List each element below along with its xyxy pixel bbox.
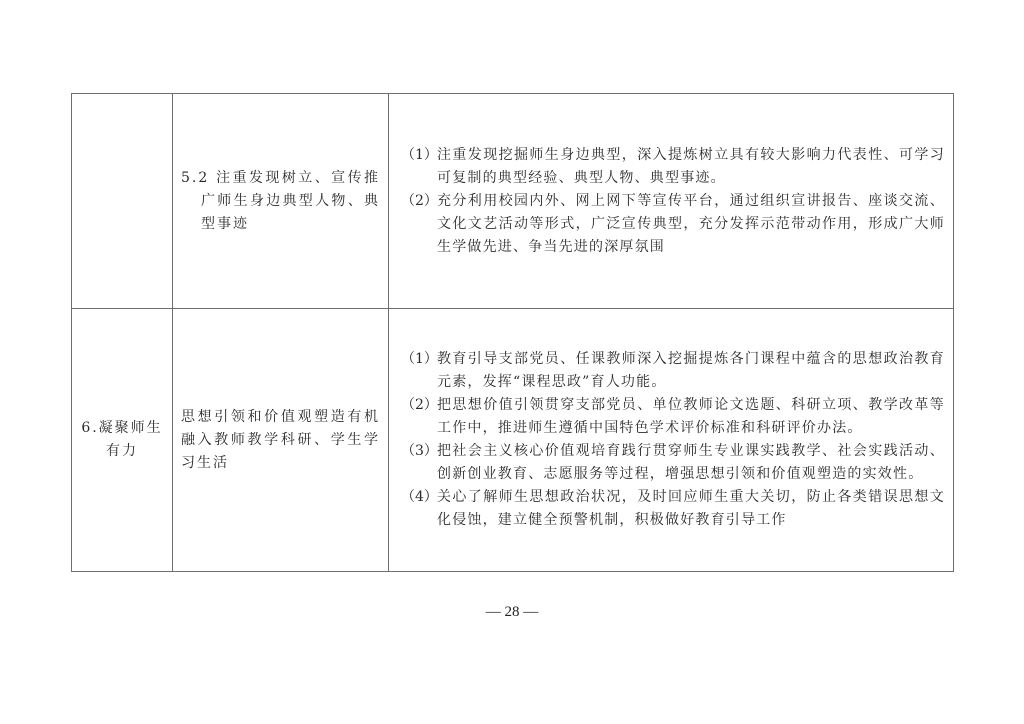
table-row: 6.凝聚师生有力 思想引领和价值观塑造有机融入教师教学科研、学生学习生活 （1）…	[72, 309, 954, 572]
requirement-text: 把社会主义核心价值观培育践行贯穿师生专业课实践教学、社会实践活动、创新创业教育、…	[437, 440, 945, 486]
category-cell	[72, 94, 173, 309]
requirement-number: （4）	[401, 486, 437, 532]
requirement-item: （2） 充分利用校园内外、网上网下等宣传平台，通过组织宣讲报告、座谈交流、文化文…	[401, 190, 945, 259]
requirements-cell: （1） 教育引导支部党员、任课教师深入挖掘提炼各门课程中蕴含的思想政治教育元素，…	[389, 309, 954, 572]
requirement-number: （1）	[401, 348, 437, 394]
subitem-label: 思想引领和价值观塑造有机融入教师教学科研、学生学习生活	[181, 409, 380, 471]
subitem-cell: 思想引领和价值观塑造有机融入教师教学科研、学生学习生活	[173, 309, 389, 572]
requirement-number: （2）	[401, 190, 437, 259]
requirement-item: （2） 把思想价值引领贯穿支部党员、单位教师论文选题、科研立项、教学改革等工作中…	[401, 394, 945, 440]
requirement-text: 注重发现挖掘师生身边典型，深入提炼树立具有较大影响力代表性、可学习可复制的典型经…	[437, 144, 945, 190]
category-cell: 6.凝聚师生有力	[72, 309, 173, 572]
requirement-number: （3）	[401, 440, 437, 486]
table-row: 5.2 注重发现树立、宣传推广师生身边典型人物、典型事迹 （1） 注重发现挖掘师…	[72, 94, 954, 309]
requirement-number: （1）	[401, 144, 437, 190]
requirement-text: 关心了解师生思想政治状况，及时回应师生重大关切，防止各类错误思想文化侵蚀，建立健…	[437, 486, 945, 532]
requirements-table: 5.2 注重发现树立、宣传推广师生身边典型人物、典型事迹 （1） 注重发现挖掘师…	[71, 93, 954, 572]
category-label: 6.凝聚师生有力	[81, 420, 162, 459]
requirement-text: 充分利用校园内外、网上网下等宣传平台，通过组织宣讲报告、座谈交流、文化文艺活动等…	[437, 190, 945, 259]
requirement-item: （4） 关心了解师生思想政治状况，及时回应师生重大关切，防止各类错误思想文化侵蚀…	[401, 486, 945, 532]
requirement-number: （2）	[401, 394, 437, 440]
subitem-label: 5.2 注重发现树立、宣传推广师生身边典型人物、典型事迹	[181, 167, 380, 236]
requirement-item: （3） 把社会主义核心价值观培育践行贯穿师生专业课实践教学、社会实践活动、创新创…	[401, 440, 945, 486]
subitem-cell: 5.2 注重发现树立、宣传推广师生身边典型人物、典型事迹	[173, 94, 389, 309]
requirement-text: 把思想价值引领贯穿支部党员、单位教师论文选题、科研立项、教学改革等工作中，推进师…	[437, 394, 945, 440]
requirement-item: （1） 教育引导支部党员、任课教师深入挖掘提炼各门课程中蕴含的思想政治教育元素，…	[401, 348, 945, 394]
requirement-item: （1） 注重发现挖掘师生身边典型，深入提炼树立具有较大影响力代表性、可学习可复制…	[401, 144, 945, 190]
requirement-text: 教育引导支部党员、任课教师深入挖掘提炼各门课程中蕴含的思想政治教育元素，发挥“课…	[437, 348, 945, 394]
page-number: — 28 —	[0, 604, 1024, 621]
requirements-cell: （1） 注重发现挖掘师生身边典型，深入提炼树立具有较大影响力代表性、可学习可复制…	[389, 94, 954, 309]
